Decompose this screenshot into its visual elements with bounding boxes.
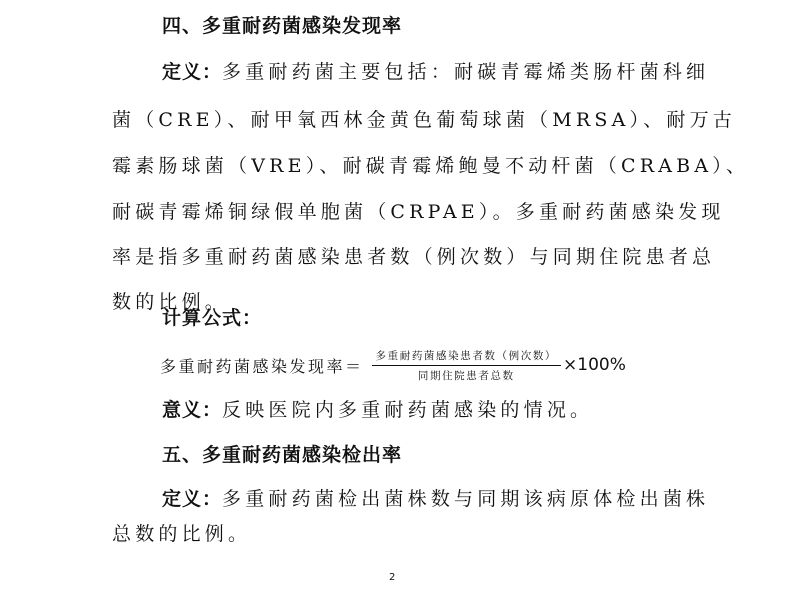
section-4-definition-line-2: 菌（CRE）、耐甲氧西林金黄色葡萄球菌（MRSA）、耐万古: [112, 108, 736, 132]
meaning-label: 意义：: [162, 399, 222, 421]
section-4-definition-line-4: 耐碳青霉烯铜绿假单胞菌（CRPAE）。多重耐药菌感染发现: [112, 200, 725, 224]
section-5-definition-line-1: 定义：多重耐药菌检出菌株数与同期该病原体检出菌株: [162, 487, 709, 511]
formula: 多重耐药菌感染发现率＝ 多重耐药菌感染患者数（例次数） 同期住院患者总数 ×10…: [160, 345, 626, 385]
section-5-heading: 五、多重耐药菌感染检出率: [162, 443, 402, 467]
section-4-definition-line-3: 霉素肠球菌（VRE）、耐碳青霉烯鲍曼不动杆菌（CRABA）、: [112, 154, 749, 178]
definition-label: 定义：: [162, 488, 222, 510]
formula-numerator: 多重耐药菌感染患者数（例次数）: [372, 348, 562, 366]
page-number: 2: [389, 572, 395, 583]
formula-right: ×100%: [563, 355, 626, 375]
formula-label: 计算公式：: [162, 306, 262, 330]
section-4-definition-line-5: 率是指多重耐药菌感染患者数（例次数）与同期住院患者总: [112, 245, 715, 269]
formula-left: 多重耐药菌感染发现率＝: [160, 354, 364, 377]
section-4-definition-line-1: 定义：多重耐药菌主要包括：耐碳青霉烯类肠杆菌科细: [162, 60, 709, 84]
section-5-definition-line-2: 总数的比例。: [112, 522, 251, 546]
section-4-heading: 四、多重耐药菌感染发现率: [162, 14, 402, 38]
definition-label: 定义：: [162, 61, 222, 83]
definition-text: 多重耐药菌主要包括：耐碳青霉烯类肠杆菌科细: [222, 61, 709, 83]
document-page: 四、多重耐药菌感染发现率 定义：多重耐药菌主要包括：耐碳青霉烯类肠杆菌科细 菌（…: [0, 0, 789, 616]
formula-denominator: 同期住院患者总数: [418, 366, 515, 383]
meaning-line: 意义：反映医院内多重耐药菌感染的情况。: [162, 398, 593, 422]
definition-text: 多重耐药菌检出菌株数与同期该病原体检出菌株: [222, 488, 709, 510]
meaning-text: 反映医院内多重耐药菌感染的情况。: [222, 399, 593, 421]
formula-fraction: 多重耐药菌感染患者数（例次数） 同期住院患者总数: [372, 348, 562, 383]
